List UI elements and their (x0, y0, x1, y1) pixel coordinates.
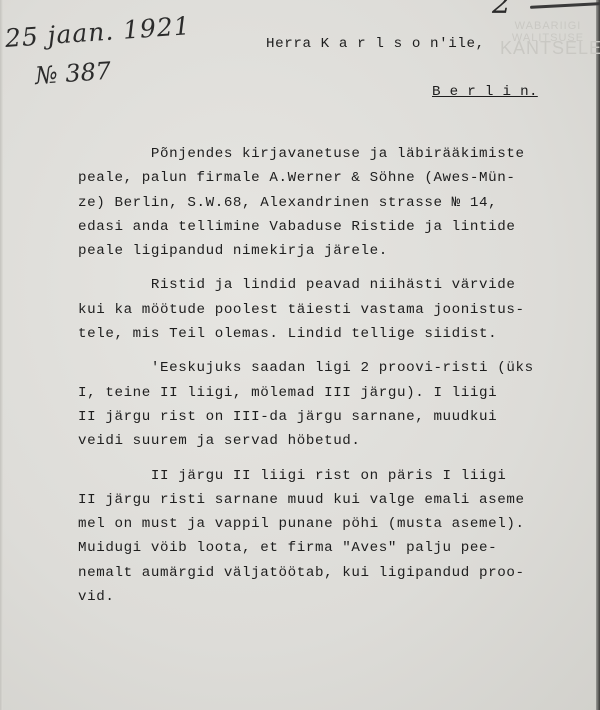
paragraph: Põnjendes kirjavanetuse ja läbirääkimist… (78, 142, 534, 263)
text-line: II järgu rist on III-da järgu sarnane, m… (78, 405, 534, 429)
text-line: Muidugi vöib loota, et firma "Aves" palj… (78, 536, 534, 560)
text-line: kui ka möötude poolest täiesti vastama j… (78, 298, 534, 322)
handwritten-date: 25 jaan. 1921 (4, 11, 192, 53)
text-line: veidi suurem ja servad höbetud. (78, 429, 534, 453)
text-line: II järgu II liigi rist on päris I liigi (78, 464, 534, 488)
text-line: peale ligipandud nimekirja järele. (78, 239, 534, 263)
handwritten-stroke (530, 2, 600, 9)
text-line: Põnjendes kirjavanetuse ja läbirääkimist… (78, 142, 534, 166)
page-left-edge (0, 0, 3, 710)
handwritten-page-mark: 2 (492, 0, 511, 21)
paragraph: Ristid ja lindid peavad niihästi värvide… (78, 273, 534, 346)
text-line: nemalt aumärgid väljatöötab, kui ligipan… (78, 561, 534, 585)
stamp-bleedthrough-line2: KANTSELEI (500, 38, 580, 59)
handwritten-reference-number: № 387 (34, 57, 112, 90)
text-line: Ristid ja lindid peavad niihästi värvide (78, 273, 534, 297)
paragraph: 'Eeskujuks saadan ligi 2 proovi-risti (ü… (78, 356, 534, 453)
paragraph-gap (78, 454, 534, 464)
paragraph: II järgu II liigi rist on päris I liigiI… (78, 464, 534, 610)
recipient-city: B e r l i n. (432, 84, 538, 100)
salutation: Herra K a r l s o n'ile, (266, 36, 485, 52)
text-line: vid. (78, 585, 534, 609)
text-line: edasi anda tellimine Vabaduse Ristide ja… (78, 215, 534, 239)
letter-body: Põnjendes kirjavanetuse ja läbirääkimist… (78, 142, 534, 609)
paragraph-gap (78, 263, 534, 273)
text-line: tele, mis Teil olemas. Lindid tellige si… (78, 322, 534, 346)
page-right-edge (596, 0, 600, 710)
paragraph-gap (78, 346, 534, 356)
document-page: WABARIIGI WALITSUSE KANTSELEI 25 jaan. 1… (0, 0, 600, 710)
text-line: mel on must ja vappil punane pöhi (musta… (78, 512, 534, 536)
text-line: II järgu risti sarnane muud kui valge em… (78, 488, 534, 512)
text-line: 'Eeskujuks saadan ligi 2 proovi-risti (ü… (78, 356, 534, 380)
text-line: ze) Berlin, S.W.68, Alexandrinen strasse… (78, 191, 534, 215)
text-line: I, teine II liigi, mölemad III järgu). I… (78, 381, 534, 405)
text-line: peale, palun firmale A.Werner & Söhne (A… (78, 166, 534, 190)
